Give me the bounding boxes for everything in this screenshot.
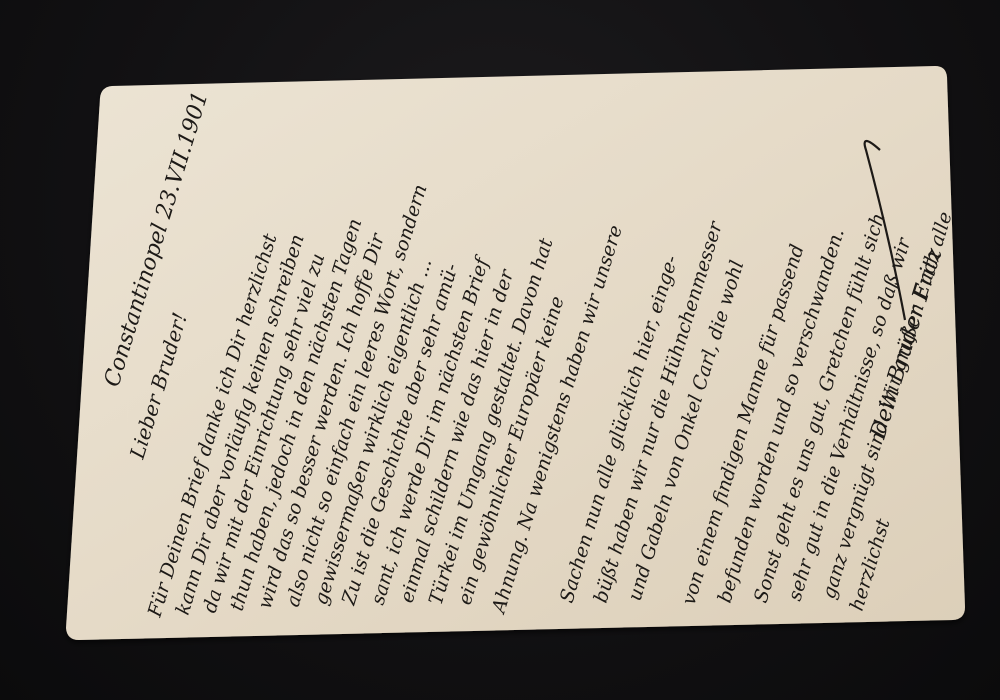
postcard-svg: Constantinopel 23.VII.1901 Lieber Bruder… <box>0 0 1000 700</box>
postcard-photo: Constantinopel 23.VII.1901 Lieber Bruder… <box>0 0 1000 700</box>
